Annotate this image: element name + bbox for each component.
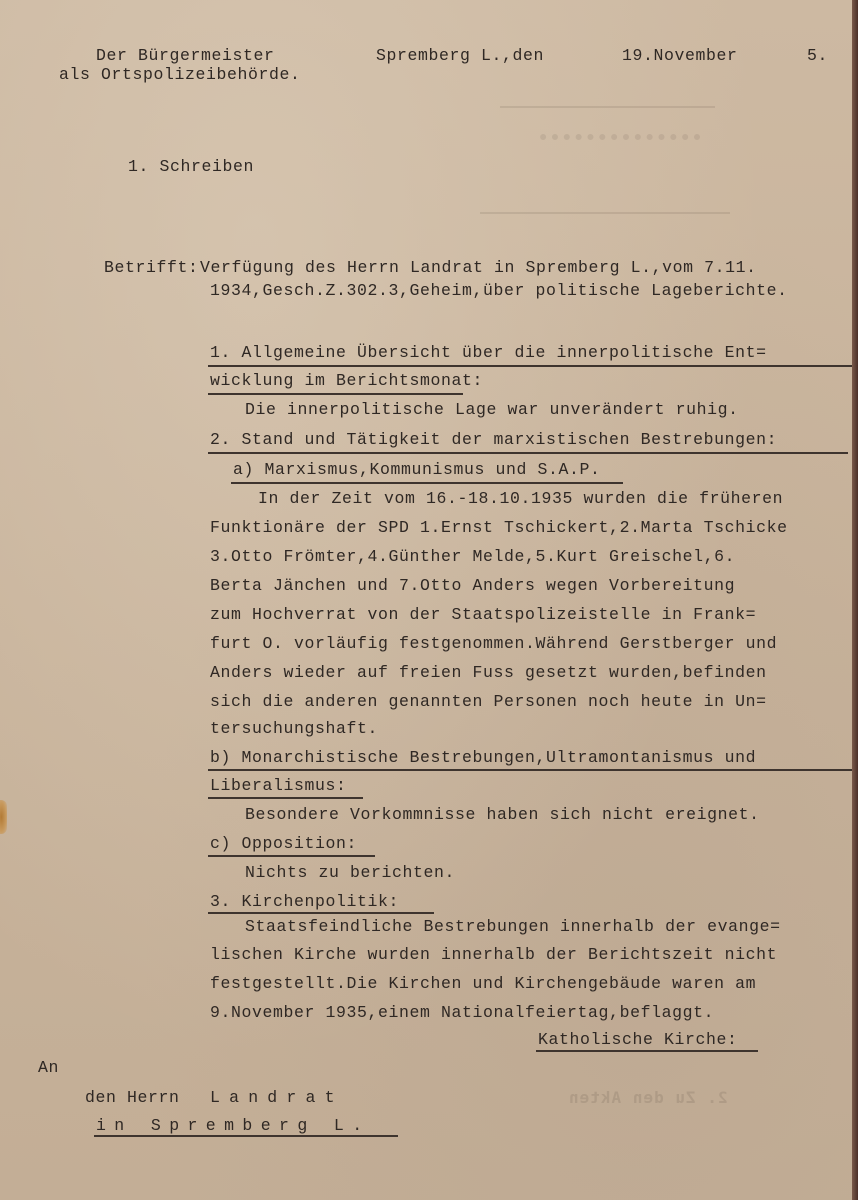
section-3-line: lischen Kirche wurden innerhalb der Beri… bbox=[210, 945, 777, 964]
recipient-prefix: den Herrn bbox=[85, 1088, 180, 1107]
underline bbox=[208, 452, 848, 454]
section-2b-heading-line-1: b) Monarchistische Bestrebungen,Ultramon… bbox=[210, 748, 756, 767]
section-2b-text: Besondere Vorkommnisse haben sich nicht … bbox=[245, 805, 760, 824]
place-line: Spremberg L.,den bbox=[376, 46, 544, 65]
subject-label: Betrifft: bbox=[104, 258, 199, 277]
underline bbox=[231, 482, 623, 484]
underline bbox=[208, 797, 363, 799]
underline bbox=[208, 393, 463, 395]
section-2a-line: 3.Otto Frömter,4.Günther Melde,5.Kurt Gr… bbox=[210, 547, 735, 566]
sender-line-1: Der Bürgermeister bbox=[96, 46, 275, 65]
section-2a-line: In der Zeit vom 16.-18.10.1935 wurden di… bbox=[258, 489, 783, 508]
underline bbox=[94, 1135, 398, 1137]
document-page: 2. Zu den Akten Der Bürgermeister als Or… bbox=[0, 0, 852, 1200]
section-2a-heading: a) Marxismus,Kommunismus und S.A.P. bbox=[233, 460, 601, 479]
subject-line-1: Verfügung des Herrn Landrat in Spremberg… bbox=[200, 258, 757, 277]
year-suffix: 5. bbox=[807, 46, 828, 65]
subject-line-2: 1934,Gesch.Z.302.3,Geheim,über politisch… bbox=[210, 281, 788, 300]
underline bbox=[208, 365, 856, 367]
section-3-heading: 3. Kirchenpolitik: bbox=[210, 892, 399, 911]
bleed-through-mark bbox=[500, 88, 715, 108]
section-2a-line: furt O. vorläufig festgenommen.Während G… bbox=[210, 634, 777, 653]
date: 19.November bbox=[622, 46, 738, 65]
bleed-through-mark bbox=[480, 198, 730, 214]
section-2a-line: Anders wieder auf freien Fuss gesetzt wu… bbox=[210, 663, 767, 682]
section-label: 1. Schreiben bbox=[128, 157, 254, 176]
section-2a-line: zum Hochverrat von der Staatspolizeistel… bbox=[210, 605, 756, 624]
recipient-to-label: An bbox=[38, 1058, 59, 1077]
section-2a-line: Funktionäre der SPD 1.Ernst Tschickert,2… bbox=[210, 518, 788, 537]
section-3-catholic-heading: Katholische Kirche: bbox=[538, 1030, 738, 1049]
section-1-text: Die innerpolitische Lage war unverändert… bbox=[245, 400, 739, 419]
section-2b-heading-line-2: Liberalismus: bbox=[210, 776, 347, 795]
recipient-name: Landrat bbox=[210, 1088, 344, 1107]
page-edge bbox=[852, 0, 858, 1200]
section-2c-text: Nichts zu berichten. bbox=[245, 863, 455, 882]
section-3-line: festgestellt.Die Kirchen und Kirchengebä… bbox=[210, 974, 756, 993]
underline bbox=[208, 769, 854, 771]
paper-stain bbox=[0, 800, 7, 834]
section-3-line: 9.November 1935,einem Nationalfeiertag,b… bbox=[210, 1003, 714, 1022]
section-2a-line: Berta Jänchen und 7.Otto Anders wegen Vo… bbox=[210, 576, 735, 595]
section-1-heading-line-1: 1. Allgemeine Übersicht über die innerpo… bbox=[210, 343, 767, 362]
section-1-heading-line-2: wicklung im Berichtsmonat: bbox=[210, 371, 483, 390]
underline bbox=[208, 912, 434, 914]
underline bbox=[536, 1050, 758, 1052]
bleed-through-note: 2. Zu den Akten bbox=[568, 1088, 728, 1107]
section-2a-line: tersuchungshaft. bbox=[210, 719, 378, 738]
recipient-location: in Spremberg L. bbox=[96, 1116, 371, 1135]
bleed-through-mark bbox=[540, 120, 700, 140]
section-2-heading: 2. Stand und Tätigkeit der marxistischen… bbox=[210, 430, 777, 449]
sender-line-2: als Ortspolizeibehörde. bbox=[59, 65, 301, 84]
section-2c-heading: c) Opposition: bbox=[210, 834, 357, 853]
section-3-line: Staatsfeindliche Bestrebungen innerhalb … bbox=[245, 917, 781, 936]
underline bbox=[208, 855, 375, 857]
section-2a-line: sich die anderen genannten Personen noch… bbox=[210, 692, 767, 711]
